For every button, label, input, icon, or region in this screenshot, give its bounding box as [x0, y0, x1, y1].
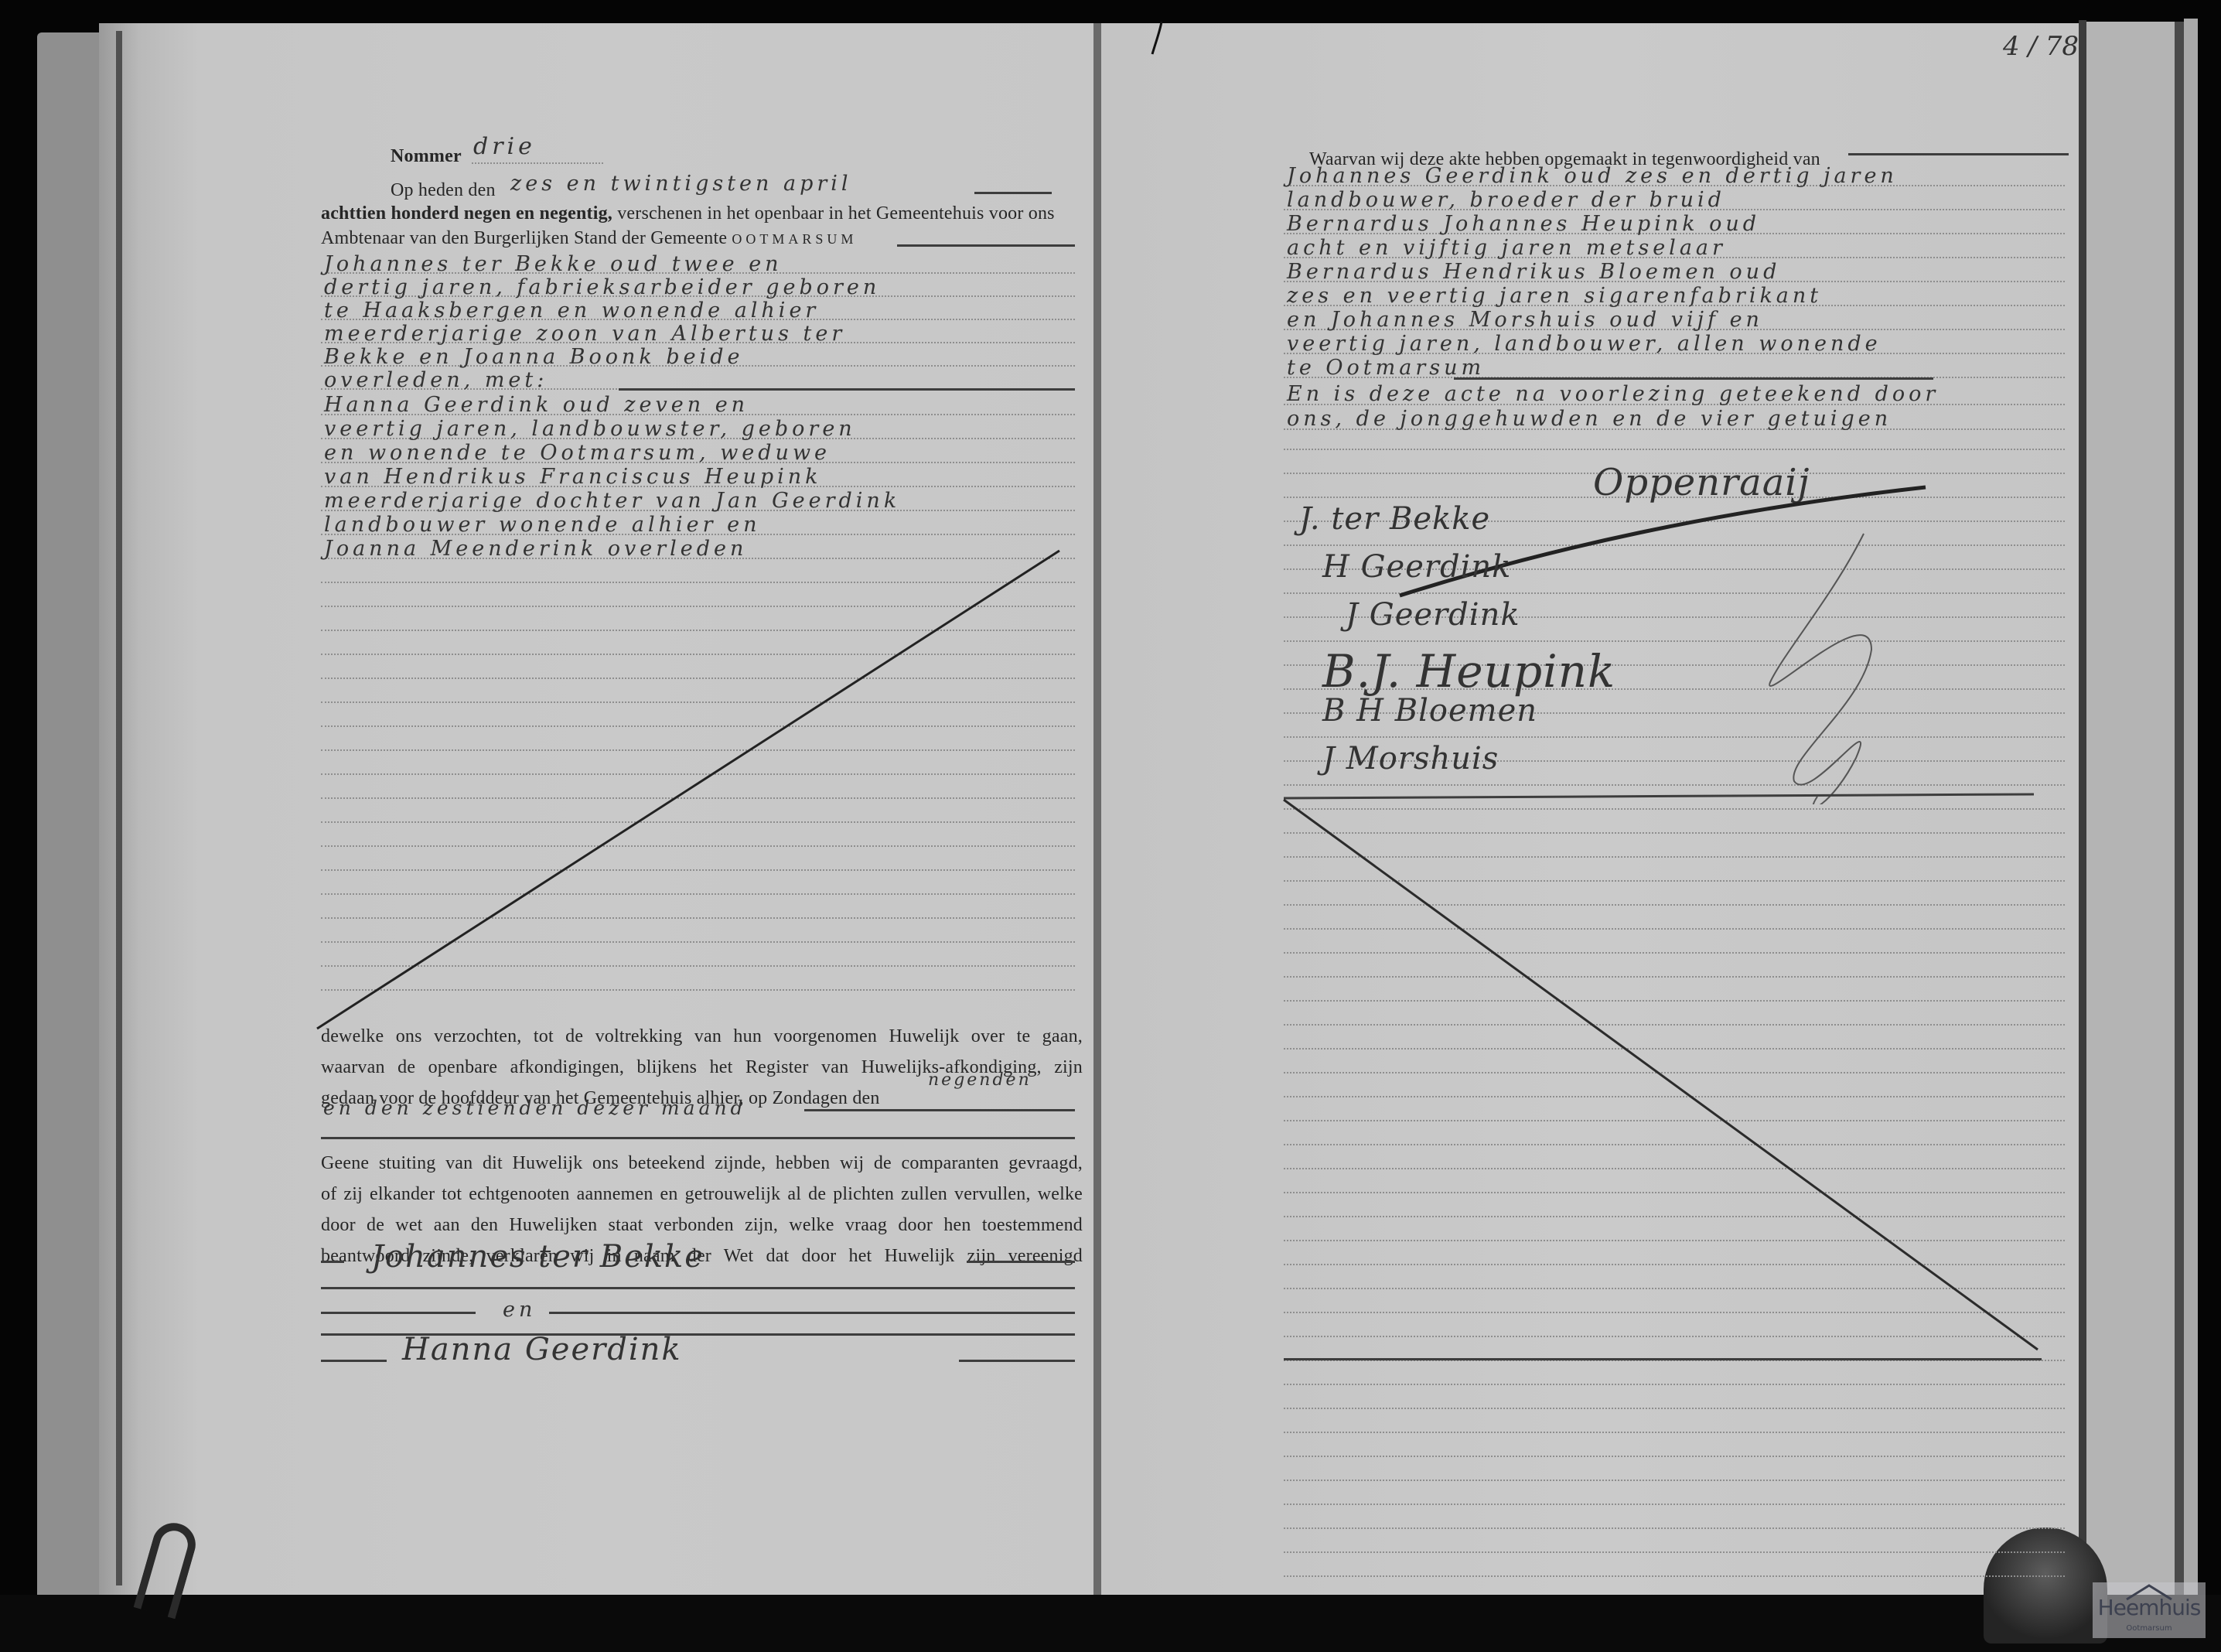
witness-signature: B.J. Heupink: [1322, 645, 1615, 698]
official-line: Ambtenaar van den Burgerlijken Stand der…: [321, 223, 857, 254]
bride-line: veertig jaren, landbouwster, geboren: [324, 417, 856, 441]
witness-line: landbouwer, broeder der bruid: [1287, 188, 1725, 212]
closing-line: En is deze acte na voorlezing geteekend …: [1287, 382, 1939, 406]
fill-rule: [321, 1312, 476, 1314]
bride-line: meerderjarige dochter van Jan Geerdink: [324, 489, 900, 513]
groom-line: Bekke en Joanna Boonk beide: [324, 345, 744, 369]
watermark-subtitle: Ootmarsum: [2093, 1624, 2206, 1633]
bride-line: van Hendrikus Franciscus Heupink: [324, 465, 822, 489]
spouse-1-name: Johannes ter Bekke: [371, 1239, 705, 1275]
fill-rule: [549, 1312, 1075, 1314]
official-text: Ambtenaar van den Burgerlijken Stand der…: [321, 228, 727, 248]
dotted-rule: [1284, 640, 2065, 642]
groom-line: overleden, met:: [324, 368, 548, 392]
section-rule: [1284, 1358, 2042, 1360]
dotted-rule: [1284, 784, 2065, 786]
cover-edge: [2184, 19, 2198, 1596]
declaration-line: of zij elkander tot echtgenooten aanneme…: [321, 1179, 1083, 1210]
fill-rule: [967, 1261, 1075, 1263]
witness-line: en Johannes Morshuis oud vijf en: [1287, 308, 1763, 332]
witness-line: Johannes Geerdink oud zes en dertig jare…: [1287, 164, 1898, 188]
witness-signature: J Morshuis: [1322, 741, 1499, 777]
dotted-rule: [1284, 1575, 2065, 1577]
back-cover-flap: [2086, 22, 2179, 1595]
spouse-2-name: Hanna Geerdink: [402, 1332, 682, 1367]
witness-signature: J Geerdink: [1346, 597, 1520, 633]
municipality: OOTMARSUM: [732, 231, 857, 247]
declaration-line: door de wet aan den Huwelijken staat ver…: [321, 1210, 1083, 1241]
fill-rule: [321, 1360, 387, 1362]
bottom-shadow: [0, 1595, 2221, 1652]
groom-line: meerderjarige zoon van Albertus ter: [324, 322, 845, 346]
dotted-rule: [1284, 1432, 2065, 1433]
bride-line: en wonende te Ootmarsum, weduwe: [324, 441, 831, 465]
dotted-rule: [1284, 1480, 2065, 1481]
witness-signature: J. ter Bekke: [1299, 501, 1490, 537]
fill-rule: [974, 192, 1052, 194]
book-spine: [1093, 23, 1101, 1595]
folio-number: 4 / 78: [2003, 31, 2079, 62]
fill-rule: [1848, 153, 2069, 155]
dotted-rule: [1284, 449, 2065, 450]
witness-line: Bernardus Johannes Heupink oud: [1287, 212, 1760, 236]
heemhuis-watermark: Heemhuis Ootmarsum: [2093, 1582, 2206, 1638]
fill-rule: [897, 244, 1075, 247]
dotted-rule: [1284, 1456, 2065, 1457]
declaration-line: Geene stuiting van dit Huwelijk ons bete…: [321, 1148, 1083, 1179]
request-line: dewelke ons verzochten, tot de voltrekki…: [321, 1021, 1083, 1052]
proclamation-date-2: en den zestienden dezer maand: [323, 1097, 747, 1119]
bride-line: landbouwer wonende alhier en: [324, 513, 760, 537]
witness-signature: B H Bloemen: [1322, 693, 1537, 729]
record-number-value: drie: [473, 133, 536, 160]
fill-rule: [959, 1360, 1075, 1362]
conjunction: en: [503, 1298, 536, 1322]
witness-line: Bernardus Hendrikus Bloemen oud: [1287, 260, 1780, 284]
groom-line: te Haaksbergen en wonende alhier: [324, 299, 819, 323]
marriage-date: zes en twintigsten april: [510, 172, 852, 196]
fill-rule: [321, 1261, 344, 1263]
dotted-rule: [1284, 1527, 2065, 1529]
dotted-rule: [1284, 1504, 2065, 1505]
appearance-text: verschenen in het openbaar in het Gemeen…: [617, 203, 1054, 224]
dotted-rule: [472, 162, 603, 164]
witness-line: acht en vijftig jaren metselaar: [1287, 236, 1726, 260]
cancellation-line: [1276, 797, 2049, 1353]
section-rule: [321, 1137, 1075, 1139]
witness-signature: H Geerdink: [1322, 549, 1511, 585]
fill-rule: [321, 1287, 1075, 1289]
paraph-flourish: [1740, 526, 1895, 804]
fill-rule: [619, 388, 1075, 391]
dotted-rule: [1284, 736, 2065, 738]
dotted-rule: [1284, 1551, 2065, 1553]
fill-rule: [1454, 377, 1933, 380]
witness-line: zes en veertig jaren sigarenfabrikant: [1287, 284, 1822, 308]
dotted-rule: [1284, 1384, 2065, 1385]
witness-line: te Ootmarsum: [1287, 356, 1485, 380]
watermark-title: Heemhuis: [2093, 1595, 2206, 1620]
book-cover-edge: [37, 32, 99, 1595]
page-margin-rule: [116, 31, 122, 1585]
groom-line: dertig jaren, fabrieksarbeider geboren: [324, 275, 880, 299]
fill-rule: [804, 1109, 1075, 1111]
proclamation-date-1: negenden: [928, 1070, 1032, 1090]
witness-line: veertig jaren, landbouwer, allen wonende: [1287, 332, 1882, 356]
cover-edge-rule: [2175, 22, 2184, 1595]
scan-background: [0, 0, 2221, 26]
year-printed: achttien honderd negen en negentig,: [321, 203, 612, 224]
bride-line: Hanna Geerdink oud zeven en: [324, 393, 749, 417]
groom-line: Johannes ter Bekke oud twee en: [324, 252, 783, 276]
record-number-label: Nommer: [391, 141, 462, 172]
dotted-rule: [1284, 1408, 2065, 1409]
page-edge-shadow: [2079, 20, 2086, 1595]
closing-line: ons, de jonggehuwden en de vier getuigen: [1287, 407, 1892, 431]
cancellation-line: [309, 541, 1083, 1036]
ink-mark: [1145, 20, 1168, 59]
